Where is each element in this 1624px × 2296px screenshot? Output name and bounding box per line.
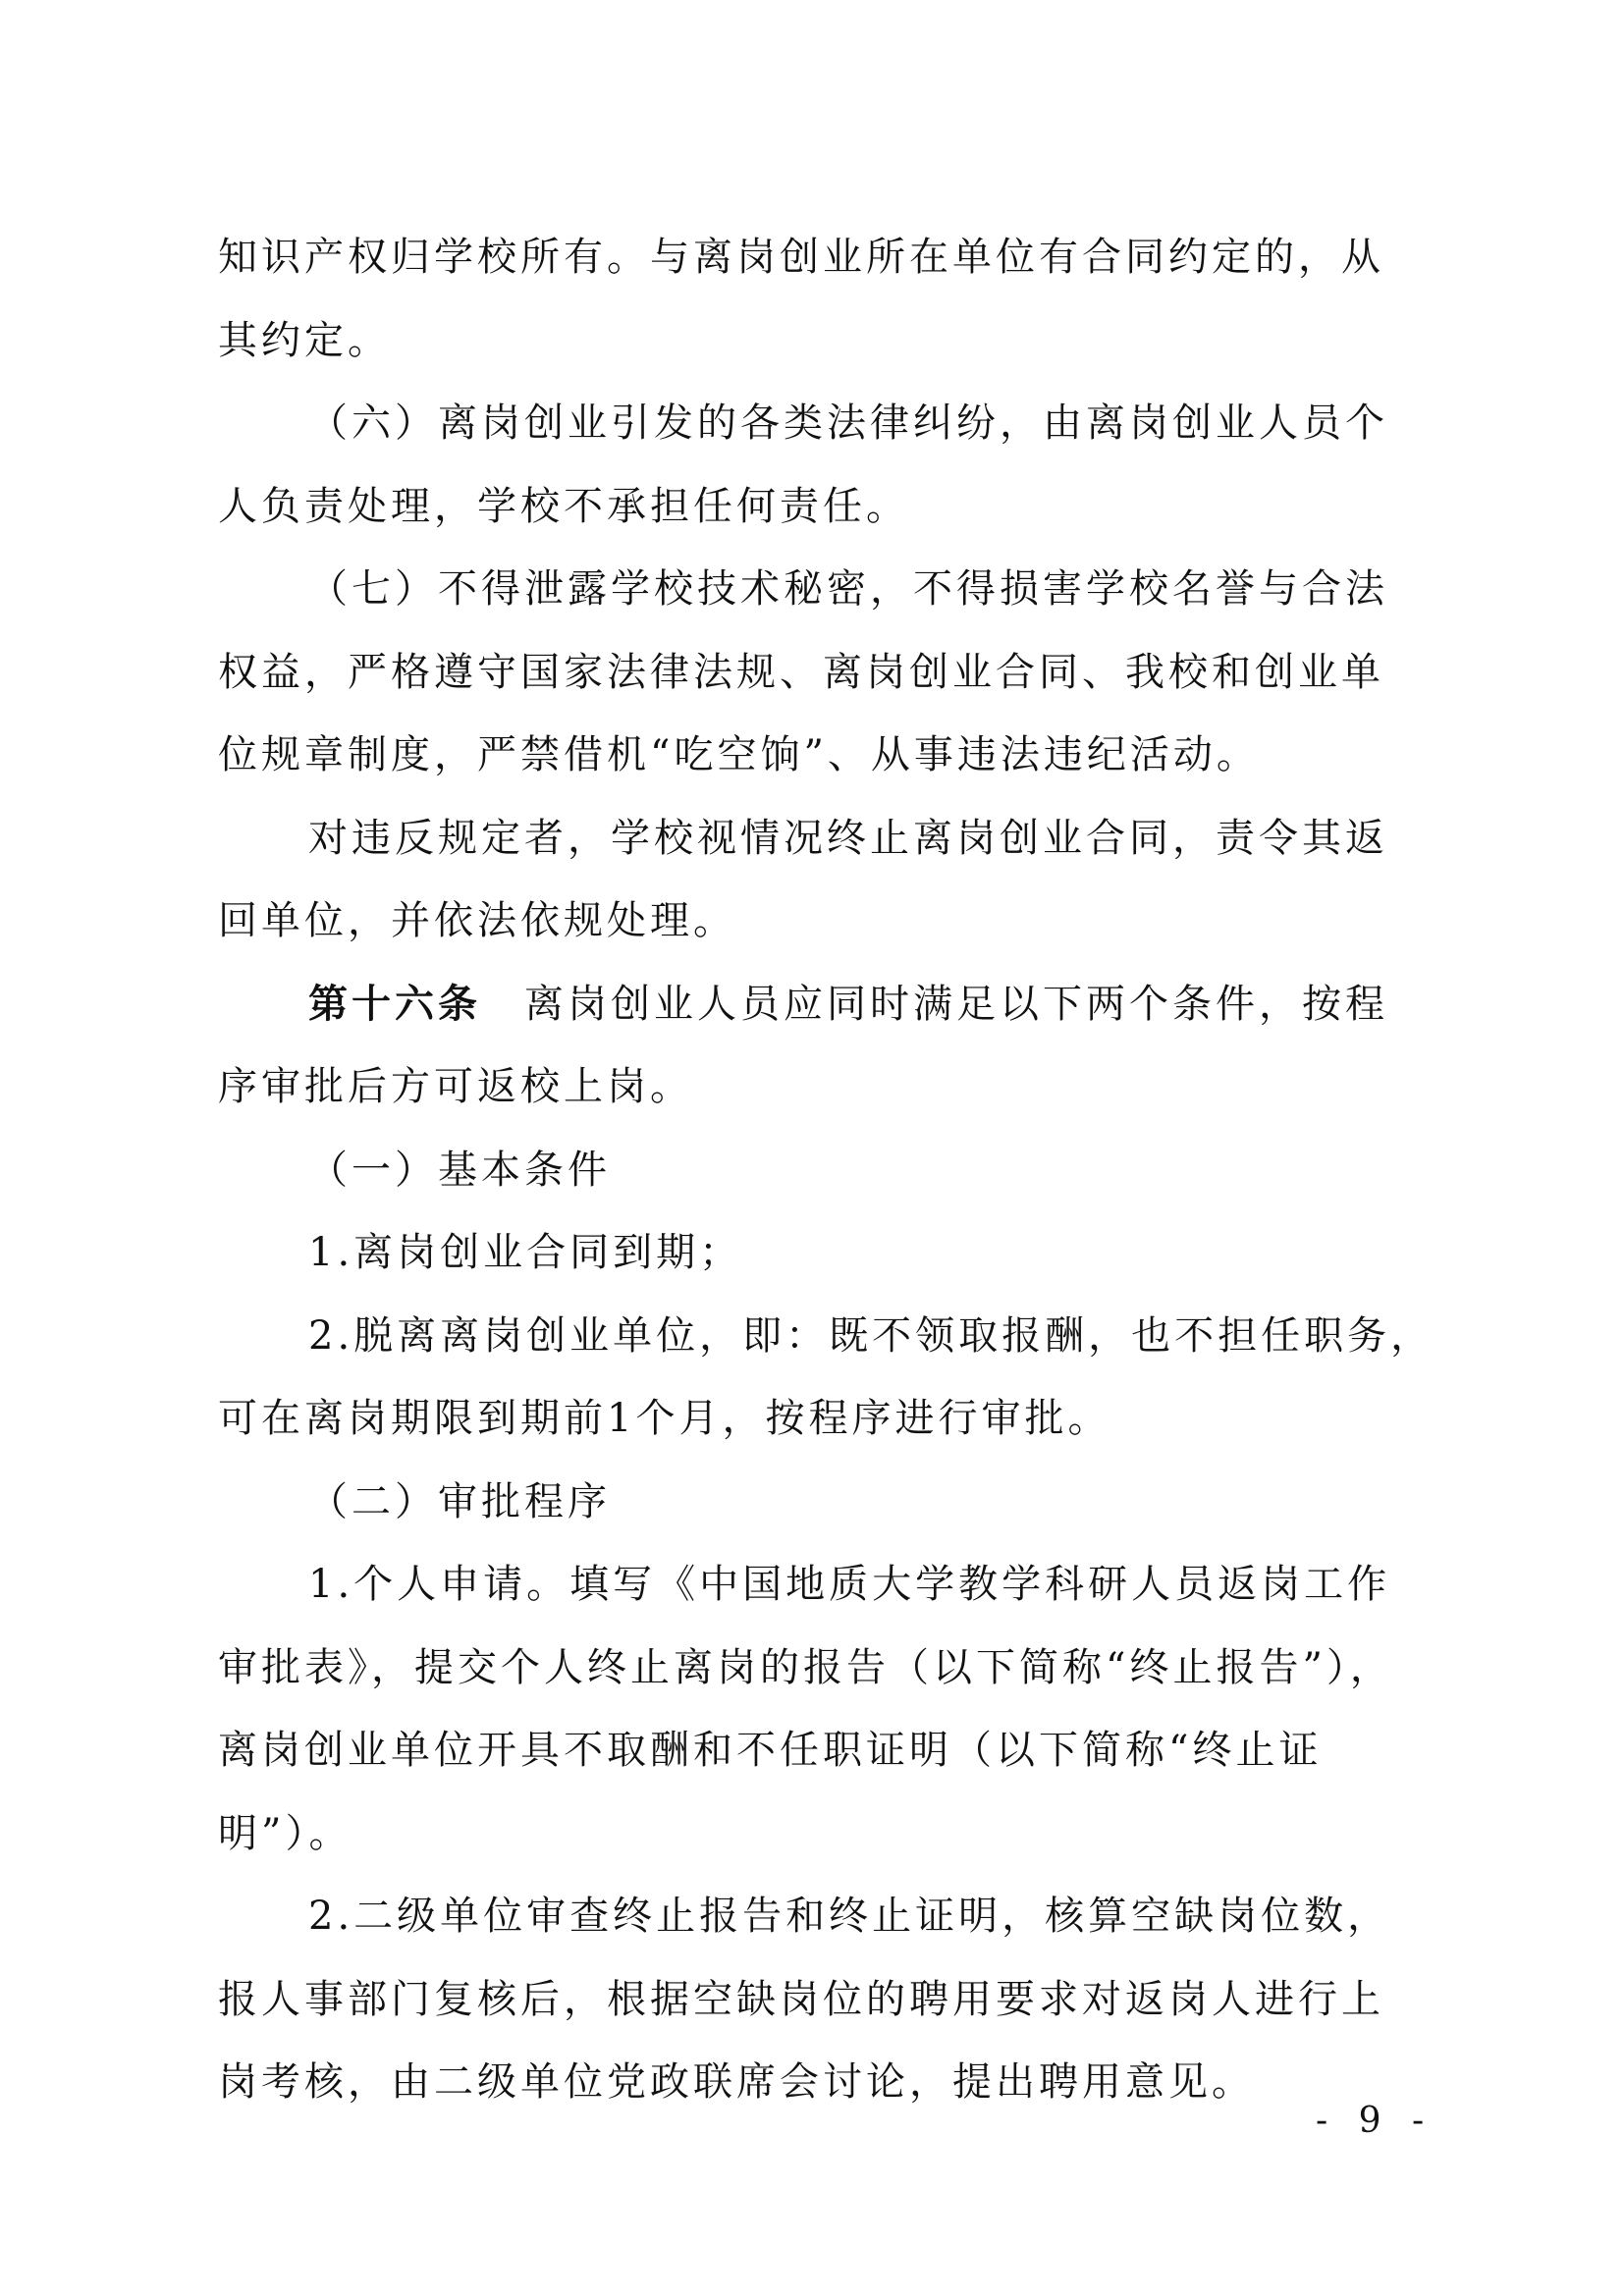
text-line: 报人事部门复核后，根据空缺岗位的聘用要求对返岗人进行上 [218, 1958, 1416, 2042]
section-heading: （二）审批程序 [218, 1461, 1416, 1544]
article-heading: 第十六条 [308, 981, 481, 1027]
text-line: 对违反规定者，学校视情况终止离岗创业合同，责令其返 [218, 797, 1416, 881]
page-number: - 9 - [1316, 2101, 1434, 2141]
text-line: 审批表》，提交个人终止离岗的报告（以下简称“终止报告”）， [218, 1627, 1416, 1710]
text-line: 人负责处理，学校不承担任何责任。 [218, 465, 1416, 549]
text-line: 离岗创业人员应同时满足以下两个条件，按程 [481, 982, 1388, 1027]
text-line: （六）离岗创业引发的各类法律纠纷，由离岗创业人员个 [218, 382, 1416, 465]
text-line: 位规章制度，严禁借机“吃空饷”、从事违法违纪活动。 [218, 714, 1416, 797]
document-body: 知识产权归学校所有。与离岗创业所在单位有合同约定的，从 其约定。 （六）离岗创业… [218, 216, 1416, 2124]
text-line: 其约定。 [218, 299, 1416, 383]
text-line: 1.离岗创业合同到期； [218, 1211, 1416, 1295]
section-heading: （一）基本条件 [218, 1129, 1416, 1212]
text-line: 岗考核，由二级单位党政联席会讨论，提出聘用意见。 [218, 2041, 1416, 2124]
text-line: 离岗创业单位开具不取酬和不任职证明（以下简称“终止证 [218, 1709, 1416, 1792]
text-line: 2.二级单位审查终止报告和终止证明，核算空缺岗位数， [218, 1875, 1416, 1958]
text-line: 明”）。 [218, 1792, 1416, 1876]
text-line: （七）不得泄露学校技术秘密，不得损害学校名誉与合法 [218, 548, 1416, 631]
text-line: 权益，严格遵守国家法律法规、离岗创业合同、我校和创业单 [218, 631, 1416, 715]
text-line: 序审批后方可返校上岗。 [218, 1045, 1416, 1129]
text-line: 可在离岗期限到期前1个月，按程序进行审批。 [218, 1377, 1416, 1461]
article-heading-line: 第十六条 离岗创业人员应同时满足以下两个条件，按程 [218, 963, 1416, 1046]
text-line: 1.个人申请。填写《中国地质大学教学科研人员返岗工作 [218, 1543, 1416, 1627]
text-line: 2.脱离离岗创业单位，即：既不领取报酬，也不担任职务， [218, 1295, 1416, 1378]
text-line: 知识产权归学校所有。与离岗创业所在单位有合同约定的，从 [218, 216, 1416, 299]
text-line: 回单位，并依法依规处理。 [218, 880, 1416, 963]
